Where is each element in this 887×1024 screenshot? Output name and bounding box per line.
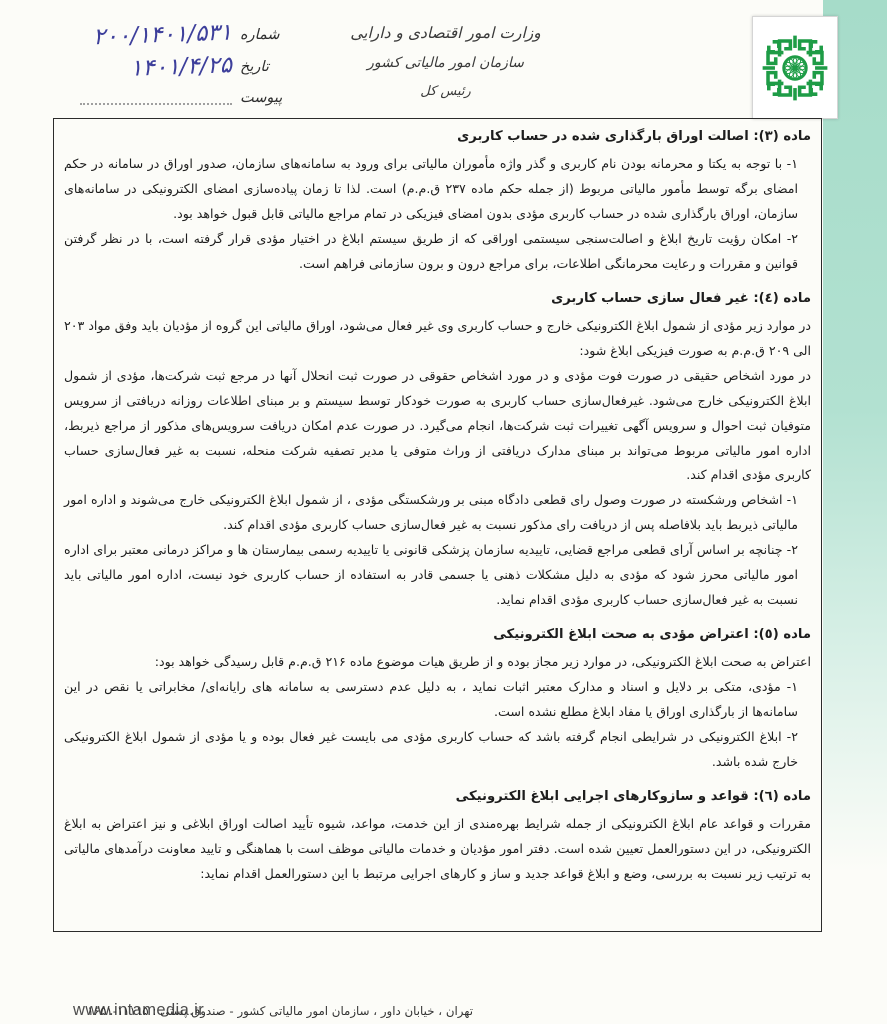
document-body: ماده (۳): اصالت اوراق بارگذاری شده در حس… xyxy=(53,118,822,932)
article-paragraph: ۱- اشخاص ورشکسته در صورت وصول رای قطعی د… xyxy=(64,488,811,538)
attachment-row: پیوست xyxy=(16,90,284,106)
date-value-handwritten: ۱۴۰۱/۴/۲۵ xyxy=(130,52,233,82)
article-paragraph: ۲- امکان رؤیت تاریخ ابلاغ و اصالت‌سنجی س… xyxy=(64,227,811,277)
article-heading: ماده (٥): اعتراض مؤدی به صحت ابلاغ الکتر… xyxy=(64,622,811,648)
number-value-handwritten: ۲۰۰/۱۴۰۱/۵۳۱ xyxy=(93,20,233,51)
article-heading: ماده (٦): قواعد و سازوکارهای اجرایی ابلا… xyxy=(64,784,811,810)
mint-edge-strip xyxy=(823,0,887,910)
tax-administration-emblem-icon xyxy=(758,25,832,111)
article-heading: ماده (۳): اصالت اوراق بارگذاری شده در حس… xyxy=(64,124,811,150)
reference-fields: شماره ۲۰۰/۱۴۰۱/۵۳۱ تاریخ ۱۴۰۱/۴/۲۵ پیوست xyxy=(16,22,284,112)
article-paragraph: مقررات و قواعد عام ابلاغ الکترونیکی از ج… xyxy=(64,812,811,887)
ministry-title: وزارت امور اقتصادی و دارایی xyxy=(298,24,593,42)
article-heading: ماده (٤): غیر فعال سازی حساب کاربری xyxy=(64,286,811,312)
footer-address: تهران ، خیابان داور ، سازمان امور مالیات… xyxy=(168,1004,473,1018)
article-paragraph: ۱- مؤدی، متکی بر دلایل و اسناد و مدارک م… xyxy=(64,675,811,725)
article-paragraph: در موارد زیر مؤدی از شمول ابلاغ الکترونی… xyxy=(64,314,811,364)
article-paragraph: ۲- چنانچه بر اساس آرای قطعی مراجع قضایی،… xyxy=(64,538,811,613)
article-paragraph: ۱- با توجه به یکتا و محرمانه بودن نام کا… xyxy=(64,152,811,227)
date-label: تاریخ xyxy=(240,59,284,75)
attachment-label: پیوست xyxy=(240,90,284,106)
article-paragraph: در مورد اشخاص حقیقی در صورت فوت مؤدی و د… xyxy=(64,364,811,489)
article-paragraph: ۲- ابلاغ الکترونیکی در شرایطی انجام گرفت… xyxy=(64,725,811,775)
article-paragraph: اعتراض به صحت ابلاغ الکترونیکی، در موارد… xyxy=(64,650,811,675)
scanned-letter-page: وزارت امور اقتصادی و دارایی سازمان امور … xyxy=(0,0,887,1024)
organization-title: سازمان امور مالیاتی کشور xyxy=(298,55,593,71)
office-title: رئیس کل xyxy=(298,84,593,99)
number-label: شماره xyxy=(240,27,284,43)
organization-logo-box xyxy=(752,16,838,119)
attachment-dotted-line xyxy=(80,91,232,105)
date-row: تاریخ ۱۴۰۱/۴/۲۵ xyxy=(16,54,284,80)
letterhead: وزارت امور اقتصادی و دارایی سازمان امور … xyxy=(298,24,593,99)
number-row: شماره ۲۰۰/۱۴۰۱/۵۳۱ xyxy=(16,22,284,48)
